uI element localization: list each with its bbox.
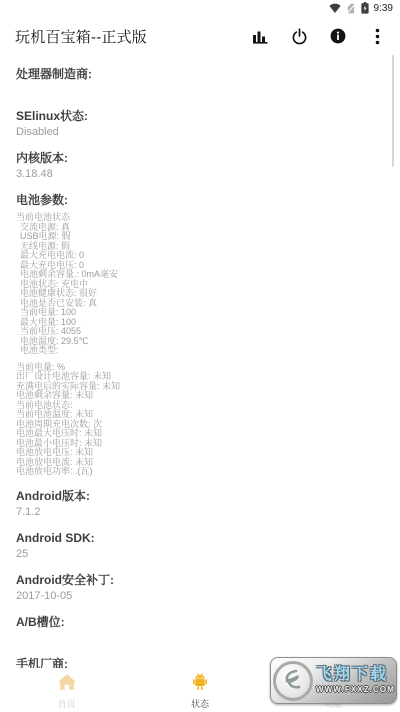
section-ab-slot: A/B槽位: <box>16 615 384 645</box>
wifi-icon <box>329 3 341 14</box>
section-selinux-status: SElinux状态: Disabled <box>16 109 384 139</box>
tab-label: 状态 <box>191 699 209 709</box>
overflow-menu-icon[interactable] <box>368 27 386 45</box>
app-window: 9:39 玩机百宝箱--正式版 <box>0 0 400 712</box>
watermark-badge: 飞翔下载 WWW.FXXZ.COM <box>270 657 397 704</box>
section-cpu-vendor: 处理器制造商: <box>16 67 384 97</box>
app-bar: 玩机百宝箱--正式版 <box>0 16 400 56</box>
section-value: Disabled <box>16 126 384 139</box>
watermark-text: 飞翔下载 WWW.FXXZ.COM <box>316 666 395 695</box>
battery-detail-line: 电池放电功率: .(瓦) <box>16 467 384 477</box>
tab-label: 首页 <box>58 699 76 709</box>
scrollbar[interactable] <box>392 55 394 167</box>
section-android-sdk: Android SDK: 25 <box>16 531 384 561</box>
battery-extra-list: 当前电量: %出厂设计电池容量: 未知充满电后的实际容量: 未知电池剩余容量: … <box>16 363 384 477</box>
status-page-content: 处理器制造商: SElinux状态: Disabled 内核版本: 3.18.4… <box>0 55 400 712</box>
status-time: 9:39 <box>374 3 393 14</box>
android-robot-icon <box>190 672 210 697</box>
section-battery-params: 电池参数: 当前电池状态 交流电源: 真USB电源: 假无线电源: 假最大充电电… <box>16 193 384 477</box>
watermark-url: WWW.FXXZ.COM <box>316 685 395 695</box>
tab-status[interactable]: 状态 <box>133 668 266 712</box>
section-value: 25 <box>16 548 384 561</box>
battery-detail-line: USB电源: 假 <box>16 232 384 242</box>
watermark-logo-icon <box>273 661 313 701</box>
section-label: Android SDK: <box>16 531 384 546</box>
bar-chart-icon[interactable] <box>251 27 269 45</box>
status-bar: 9:39 <box>0 0 400 16</box>
battery-detail-line: 电池温度: 29.5℃ <box>16 337 384 347</box>
section-label: SElinux状态: <box>16 109 384 124</box>
no-sim-icon <box>346 3 356 14</box>
battery-detail-line: 交流电源: 真 <box>16 223 384 233</box>
section-value <box>16 84 384 97</box>
battery-block-heading: 当前电池状态 <box>16 213 384 223</box>
section-label: 处理器制造商: <box>16 67 384 82</box>
watermark-title: 飞翔下载 <box>316 666 395 683</box>
section-label: Android版本: <box>16 489 384 504</box>
section-label: Android安全补丁: <box>16 573 384 588</box>
tab-home[interactable]: 首页 <box>0 668 133 712</box>
section-kernel-version: 内核版本: 3.18.48 <box>16 151 384 181</box>
section-value: 7.1.2 <box>16 506 384 519</box>
section-value: 3.18.48 <box>16 168 384 181</box>
battery-detail-line: 电池类型: <box>16 346 384 356</box>
section-value: 2017-10-05 <box>16 590 384 603</box>
section-security-patch: Android安全补丁: 2017-10-05 <box>16 573 384 603</box>
battery-charging-icon <box>361 2 369 14</box>
section-label: A/B槽位: <box>16 615 384 630</box>
info-icon[interactable] <box>329 27 347 45</box>
app-title: 玩机百宝箱--正式版 <box>15 26 147 47</box>
section-label: 电池参数: <box>16 193 384 208</box>
battery-detail-list: 交流电源: 真USB电源: 假无线电源: 假最大充电电流: 0最大充电电压: 0… <box>16 223 384 356</box>
section-value <box>16 632 384 645</box>
section-android-version: Android版本: 7.1.2 <box>16 489 384 519</box>
battery-status-block: 当前电池状态 交流电源: 真USB电源: 假无线电源: 假最大充电电流: 0最大… <box>16 213 384 356</box>
power-icon[interactable] <box>290 27 308 45</box>
section-label: 内核版本: <box>16 151 384 166</box>
app-bar-actions <box>251 27 386 45</box>
home-icon <box>56 672 78 697</box>
